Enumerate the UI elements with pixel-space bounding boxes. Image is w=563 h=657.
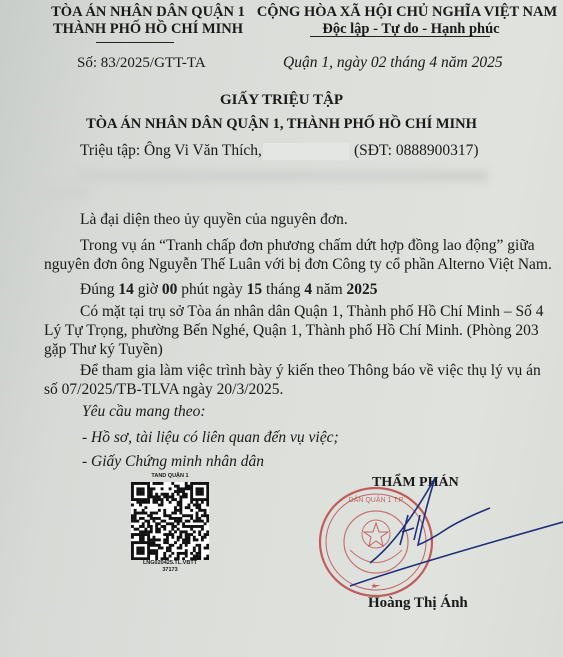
year: 2025 xyxy=(347,281,378,298)
minute: 00 xyxy=(162,281,178,298)
case-text-line2: nguyên đơn ông Nguyễn Thế Luân với bị đơ… xyxy=(44,255,552,275)
court-name-line1: TÒA ÁN NHÂN DÂN QUẬN 1 xyxy=(48,4,248,21)
blurred-address-line1 xyxy=(78,170,488,182)
court-name-header: TÒA ÁN NHÂN DÂN QUẬN 1 THÀNH PHỐ HỒ CHÍ … xyxy=(48,4,248,38)
place-line1: Có mặt tại trụ sở Tòa án nhân dân Quận 1… xyxy=(80,302,544,322)
header-right-divider xyxy=(310,36,490,37)
blurred-address-line2 xyxy=(40,188,90,198)
document-title: GIẤY TRIỆU TẬP xyxy=(0,92,563,109)
requirement-item: - Hồ sơ, tài liệu có liên quan đến vụ vi… xyxy=(82,428,339,448)
requirement-item: - Giấy Chứng minh nhân dân xyxy=(82,452,264,472)
month: 4 xyxy=(304,281,312,298)
qr-code xyxy=(131,482,209,560)
day: 15 xyxy=(247,281,263,298)
signer-name: Hoàng Thị Ánh xyxy=(368,595,468,612)
document-subtitle: TÒA ÁN NHÂN DÂN QUẬN 1, THÀNH PHỐ HỒ CHÍ… xyxy=(0,116,563,133)
signature-icon xyxy=(330,470,563,590)
document-number: Số: 83/2025/GTT-TA xyxy=(77,53,206,73)
summons-person: Triệu tập: Ông Vi Văn Thích, xyxy=(80,141,262,161)
redacted-info xyxy=(263,143,349,160)
court-name-line2: THÀNH PHỐ HỒ CHÍ MINH xyxy=(48,21,248,38)
place-line3: gặp Thư ký Tuyền) xyxy=(44,340,163,360)
requirements-label: Yêu cầu mang theo: xyxy=(82,402,206,422)
qr-code-text: LNG020425.TL.VBTT 37173 xyxy=(125,560,215,574)
qr-code-icon xyxy=(131,482,209,560)
case-text-line1: Trong vụ án “Tranh chấp đơn phương chấm … xyxy=(80,236,535,256)
role-text: Là đại diện theo ủy quyền của nguyên đơn… xyxy=(80,210,348,230)
purpose-line1: Để tham gia làm việc trình bày ý kiến th… xyxy=(80,361,541,381)
header-left-divider xyxy=(96,42,174,43)
purpose-line2: số 07/2025/TB-TLVA ngày 20/3/2025. xyxy=(44,380,283,400)
summons-phone: (SĐT: 0888900317) xyxy=(354,141,479,161)
national-title: CỘNG HÒA XÃ HỘI CHỦ NGHĨA VIỆT NAM xyxy=(252,4,562,21)
hour: 14 xyxy=(118,281,134,298)
national-header: CỘNG HÒA XÃ HỘI CHỦ NGHĨA VIỆT NAM Độc l… xyxy=(252,4,562,38)
place-line2: Lý Tự Trọng, phường Bến Nghé, Quận 1, Th… xyxy=(44,321,539,341)
issue-date: Quận 1, ngày 02 tháng 4 năm 2025 xyxy=(283,53,503,73)
qr-top-label: TAND QUẬN 1 xyxy=(135,473,205,479)
appointment-time: Đúng 14 giờ 00 phút ngày 15 tháng 4 năm … xyxy=(80,280,378,300)
